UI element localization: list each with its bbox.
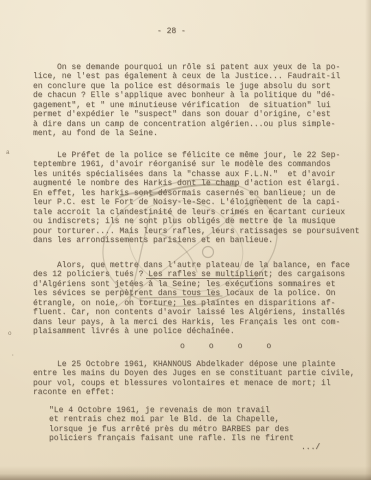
paragraph-plainte-khannous: Le 25 Octobre 1961, KHANNOUS Abdelkader … (33, 360, 355, 398)
margin-mark-top: a (6, 150, 10, 156)
testimony-quote: "Le 4 Octobre 1961, je revenais de mon t… (49, 406, 294, 444)
paragraph-police-justice: On se demande pourquoi un rôle si patent… (33, 63, 340, 139)
continuation-mark: .../ (301, 443, 320, 452)
document-page: - 28 - On se demande pourquoi un rôle si… (0, 0, 371, 480)
underline-les-rafles-se-multiplient (146, 278, 264, 279)
margin-mark-bottom: · (11, 353, 15, 359)
section-separator-dots: o o o o (180, 342, 271, 351)
margin-mark-middle: o (8, 331, 12, 337)
paragraph-balance-rafles: Alors, que mettre dans l'autre plateau d… (33, 261, 350, 337)
paragraph-prefet-harkis: Le Préfet de la police se félicite ce mê… (33, 151, 359, 246)
page-number: - 28 - (157, 27, 186, 36)
